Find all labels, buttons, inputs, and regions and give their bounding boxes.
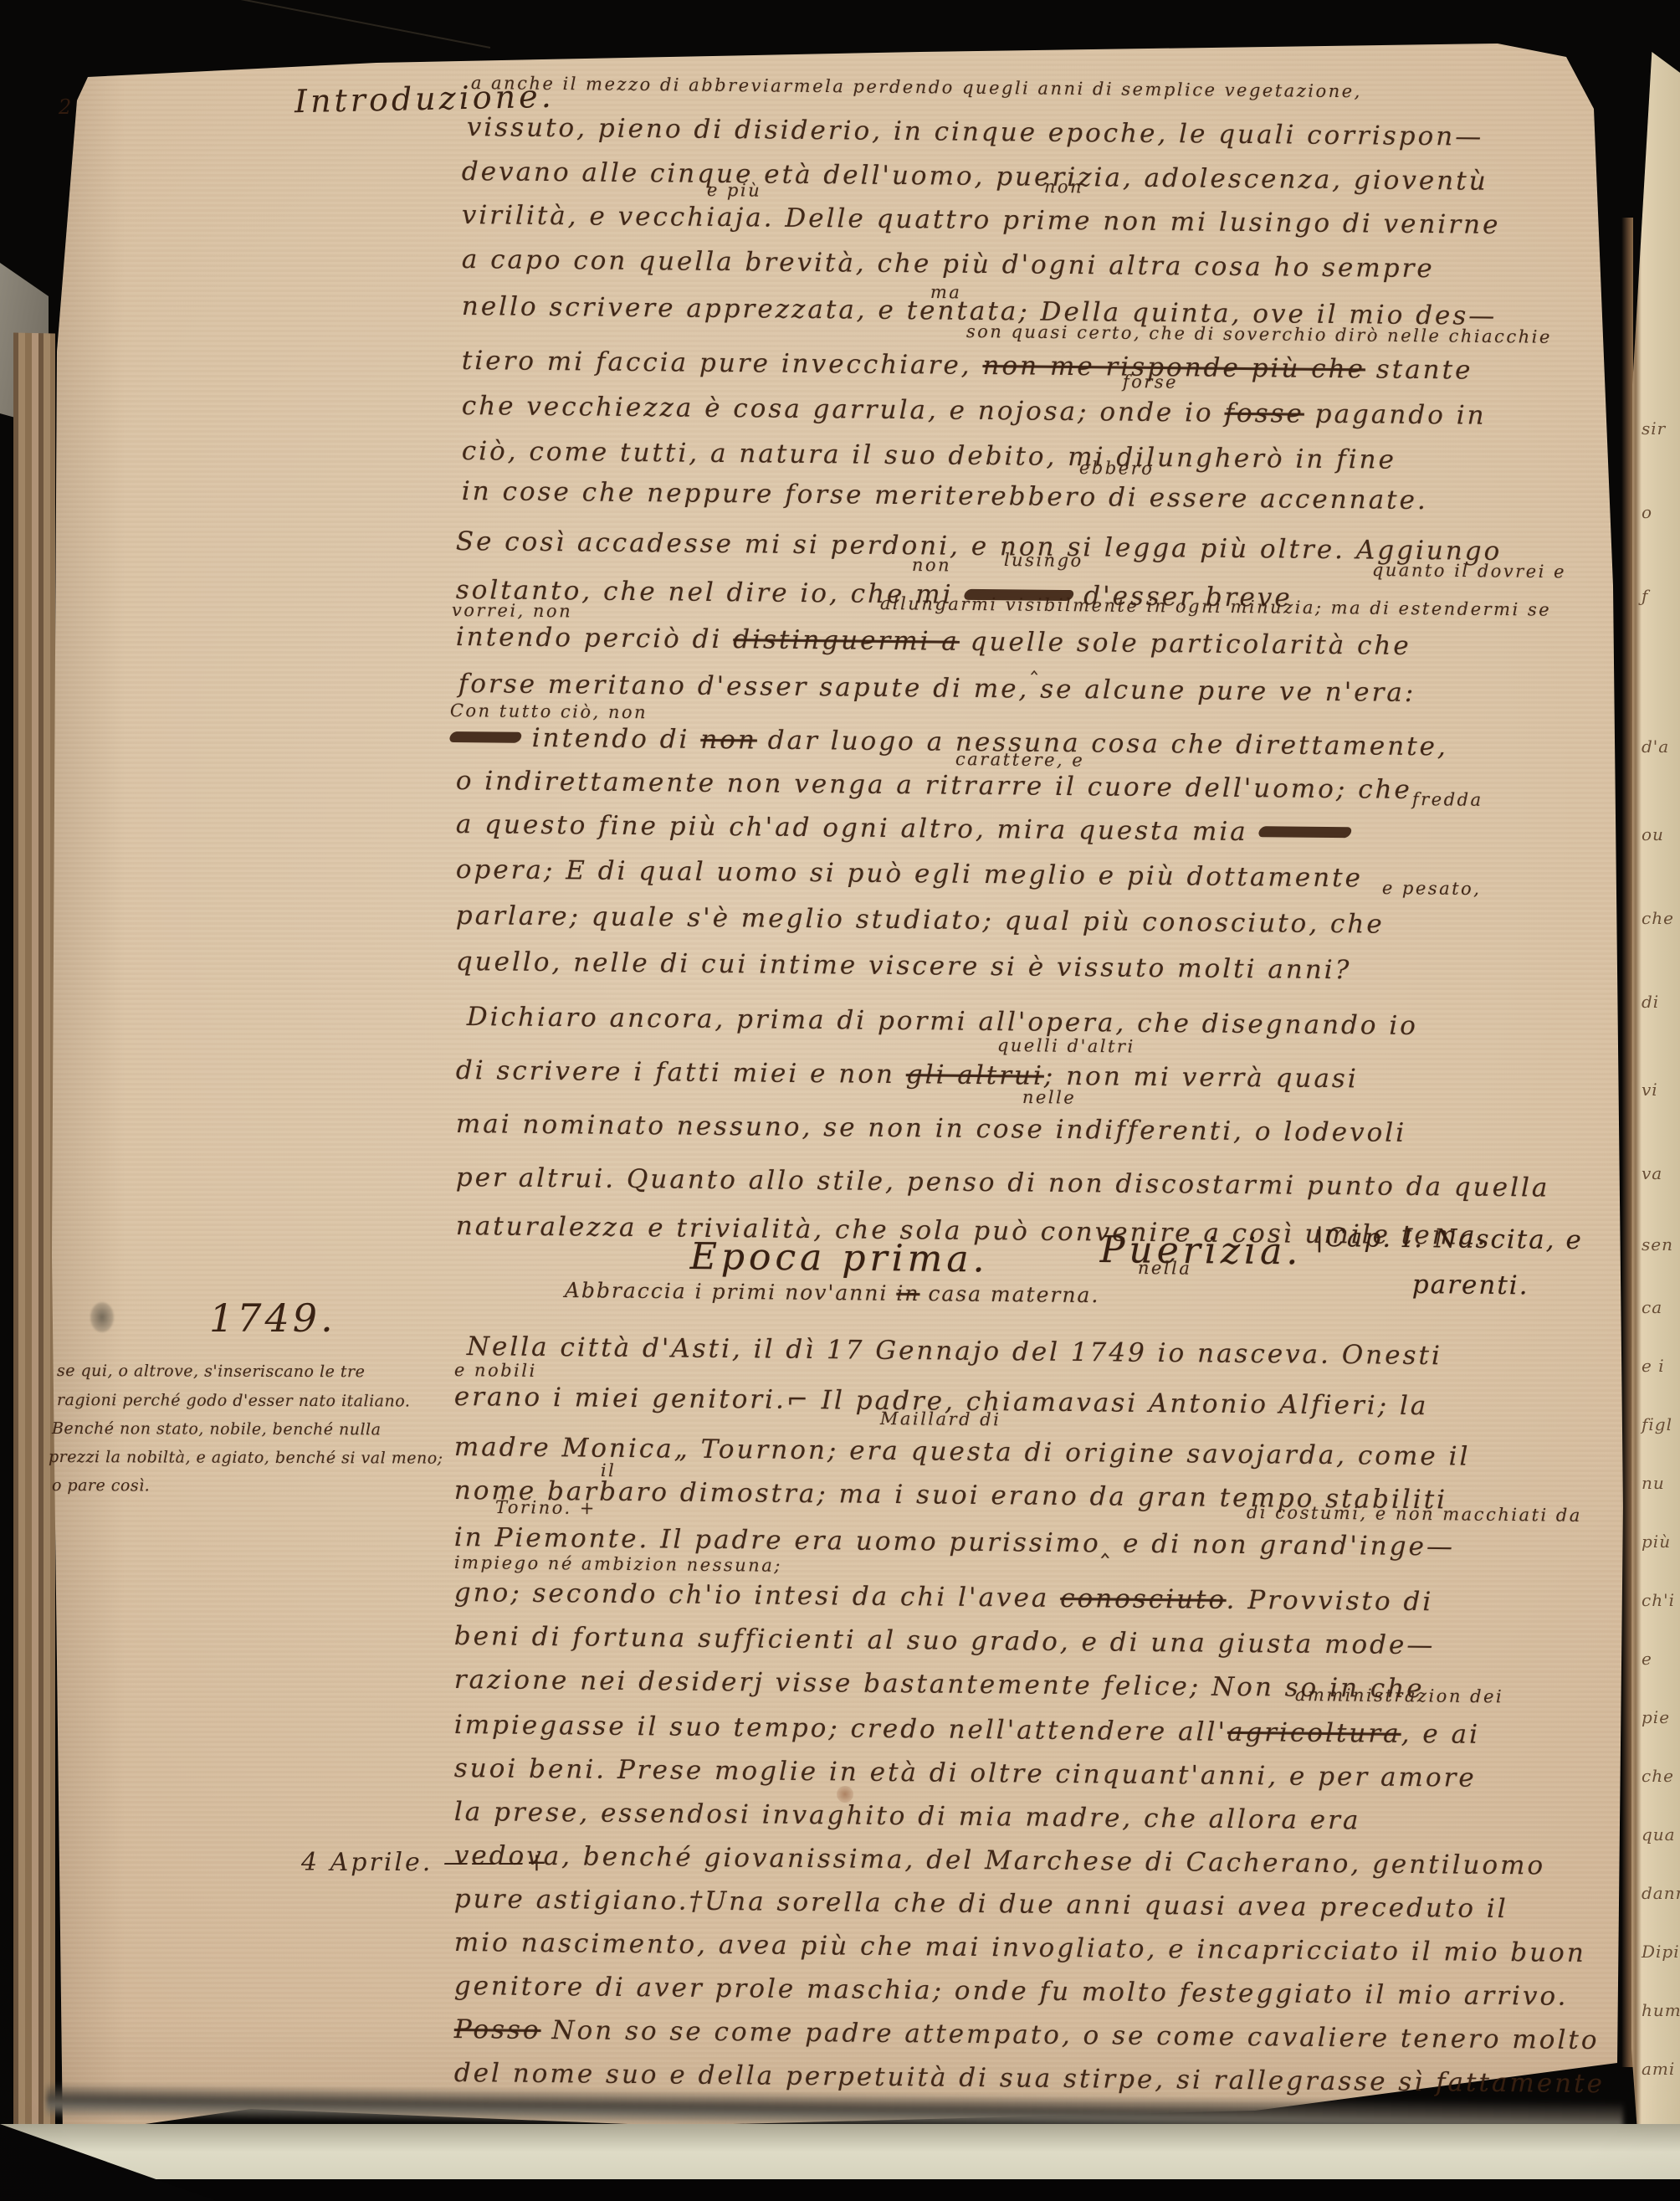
text-line: vissuto, pieno di disiderio, in cinque e… [467, 113, 1484, 151]
text-line: nella [1138, 1259, 1192, 1279]
text-line: tiero mi faccia pure invecchiare, non me… [462, 346, 1473, 385]
text-line: mio nascimento, avea più che mai invogli… [454, 1928, 1586, 1968]
text-line: pure astigiano.†Una sorella che di due a… [454, 1885, 1508, 1923]
text-line: vorrei, non [452, 601, 572, 621]
next-page-text-fragment: vi [1642, 1080, 1658, 1100]
text-line: fredda [1412, 790, 1483, 810]
next-page-text-fragment: ami [1642, 2059, 1675, 2079]
next-page-text-fragment: qua [1642, 1824, 1676, 1844]
text-line: Nella città d'Asti, il dì 17 Gennajo del… [467, 1332, 1442, 1370]
page-number: 2 [59, 95, 71, 119]
chapter-subtitle: Abbraccia i primi nov'anni in casa mater… [565, 1279, 1100, 1307]
next-page-text-fragment: dann [1642, 1883, 1680, 1903]
margin-note-line: o pare così. [52, 1477, 150, 1495]
text-line: non [1044, 177, 1083, 198]
next-page-text-fragment: ou [1642, 824, 1664, 844]
text-line: Maillard di [880, 1409, 1001, 1429]
next-page-text-fragment: pie [1642, 1707, 1670, 1727]
next-page-text-fragment: va [1642, 1163, 1662, 1183]
next-page-text-fragment: Dipigli [1642, 1942, 1680, 1962]
next-page-text-fragment: che [1642, 908, 1674, 928]
text-line: vedova, benché giovanissima, del Marches… [454, 1841, 1546, 1880]
text-line: Se così accadesse mi si perdoni, e non s… [456, 527, 1503, 566]
text-line: nelle [1022, 1088, 1077, 1108]
text-line: quello, nelle di cui intime viscere si è… [456, 947, 1352, 984]
text-line: la prese, essendosi invaghito di mia mad… [454, 1798, 1361, 1834]
text-line: son quasi certo, che di soverchio dirò n… [966, 322, 1552, 347]
text-line: ‸ [1031, 651, 1041, 675]
text-line: mai nominato nessuno, se non in cose ind… [456, 1110, 1407, 1147]
manuscript-photo: 2 Introduzione. 1749. 4 Aprile. ———+ a a… [0, 0, 1680, 2201]
next-page-text-fragment: e i [1642, 1356, 1665, 1376]
text-line: ebbero [1079, 459, 1155, 479]
next-page-text-fragment: ca [1642, 1297, 1662, 1317]
epoch-heading: Puerizia. [1100, 1230, 1303, 1273]
text-line: ciò, come tutti, a natura il suo debito,… [462, 437, 1396, 475]
text-line: razione nei desiderj visse bastantemente… [454, 1665, 1425, 1703]
next-page-text-fragment: più [1642, 1531, 1671, 1552]
next-page-text-fragment: sir [1642, 418, 1666, 439]
next-page-text-fragment: o [1642, 502, 1652, 522]
manuscript-text: 2 Introduzione. 1749. 4 Aprile. ———+ a a… [0, 0, 1680, 2201]
text-line: che vecchiezza è cosa garrula, e nojosa;… [462, 392, 1487, 430]
text-line: o indirettamente non venga a ritrarre il… [456, 767, 1412, 804]
next-page-text-fragment: e [1642, 1649, 1652, 1669]
margin-note-line: Benché non stato, nobile, benché nulla [52, 1420, 382, 1439]
text-line: devano alle cinque età dell'uomo, pueriz… [462, 157, 1488, 196]
next-page-text-fragment: ƒ [1642, 586, 1648, 606]
next-page-text-fragment: ch'i [1642, 1590, 1675, 1610]
text-line: lusingo [1004, 551, 1083, 571]
epoch-heading: Epoca prima. [690, 1237, 989, 1280]
text-line: gno; secondo ch'io intesi da chi l'avea … [454, 1578, 1434, 1616]
text-line: intendo di non dar luogo a nessuna cosa … [450, 723, 1448, 762]
margin-year: 1749. [209, 1295, 336, 1341]
text-line: quanto il dovrei e [1372, 561, 1566, 582]
text-line: allungarmi visibilmente in ogni minuzia;… [880, 594, 1551, 620]
text-line: suoi beni. Prese moglie in età di oltre … [454, 1754, 1477, 1793]
text-line: quelli d'altri [997, 1036, 1135, 1057]
next-page-text-fragment: sen [1642, 1234, 1673, 1254]
text-line: di scrivere i fatti miei e non gli altru… [456, 1056, 1359, 1093]
text-line: amministrazion dei [1295, 1685, 1504, 1706]
next-page-text-fragment: humo [1642, 2000, 1680, 2020]
text-line: e nobili [454, 1361, 537, 1381]
text-line: e pesato, [1382, 879, 1482, 899]
text-line: Posso Non so se come padre attempato, o … [454, 2015, 1600, 2055]
text-line: carattere, e [955, 750, 1085, 771]
text-line: del nome suo e della perpetuità di sua s… [454, 2059, 1605, 2098]
text-line: di costumi, e non macchiati da [1247, 1503, 1582, 1526]
margin-note-line: se qui, o altrove, s'inseriscano le tre [57, 1362, 365, 1381]
text-line: Dichiaro ancora, prima di pormi all'oper… [467, 1003, 1418, 1040]
text-line: beni di fortuna sufficienti al suo grado… [454, 1622, 1436, 1660]
text-line: in cose che neppure forse meriterebbero … [462, 477, 1428, 515]
next-page-text-fragment: d'a [1642, 736, 1669, 757]
text-line: impiego né ambizion nessuna; [454, 1553, 782, 1576]
text-line: a questo fine più ch'ad ogni altro, mira… [456, 810, 1351, 847]
text-line: per altrui. Quanto allo stile, penso di … [456, 1163, 1550, 1203]
text-line: parlare; quale s'è meglio studiato; qual… [456, 901, 1385, 939]
margin-note-line: ragioni perché godo d'esser nato italian… [57, 1392, 410, 1410]
text-line: genitore di aver prole maschia; onde fu … [454, 1972, 1569, 2011]
text-line: opera; E di qual uomo si può egli meglio… [456, 855, 1363, 892]
chapter-heading: parenti. [1412, 1270, 1529, 1300]
text-line: impiegasse il suo tempo; credo nell'atte… [454, 1711, 1480, 1749]
next-page-text-fragment: che [1642, 1766, 1674, 1786]
text-line: e più [707, 181, 762, 201]
text-line: intendo perciò di distinguermi a quelle … [456, 623, 1411, 660]
next-page-text-fragment: di [1642, 992, 1659, 1012]
text-line: a anche il mezzo di abbreviarmela perden… [471, 74, 1362, 101]
text-line: Con tutto ciò, non [450, 701, 648, 722]
text-line: forse [1123, 372, 1178, 392]
chapter-heading: |Cap. I. Nascita, e [1315, 1224, 1583, 1254]
margin-note-line: prezzi la nobiltà, e agiato, benché si v… [49, 1449, 443, 1468]
next-page-text-fragment: nu [1642, 1473, 1665, 1493]
text-line: a capo con quella brevità, che più d'ogn… [462, 245, 1435, 283]
text-line: Torino. + [495, 1498, 597, 1518]
next-page-text-fragment: figl [1642, 1414, 1672, 1434]
text-line: virilità, e vecchiaja. Delle quattro pri… [462, 201, 1501, 239]
text-line: non [912, 556, 951, 576]
